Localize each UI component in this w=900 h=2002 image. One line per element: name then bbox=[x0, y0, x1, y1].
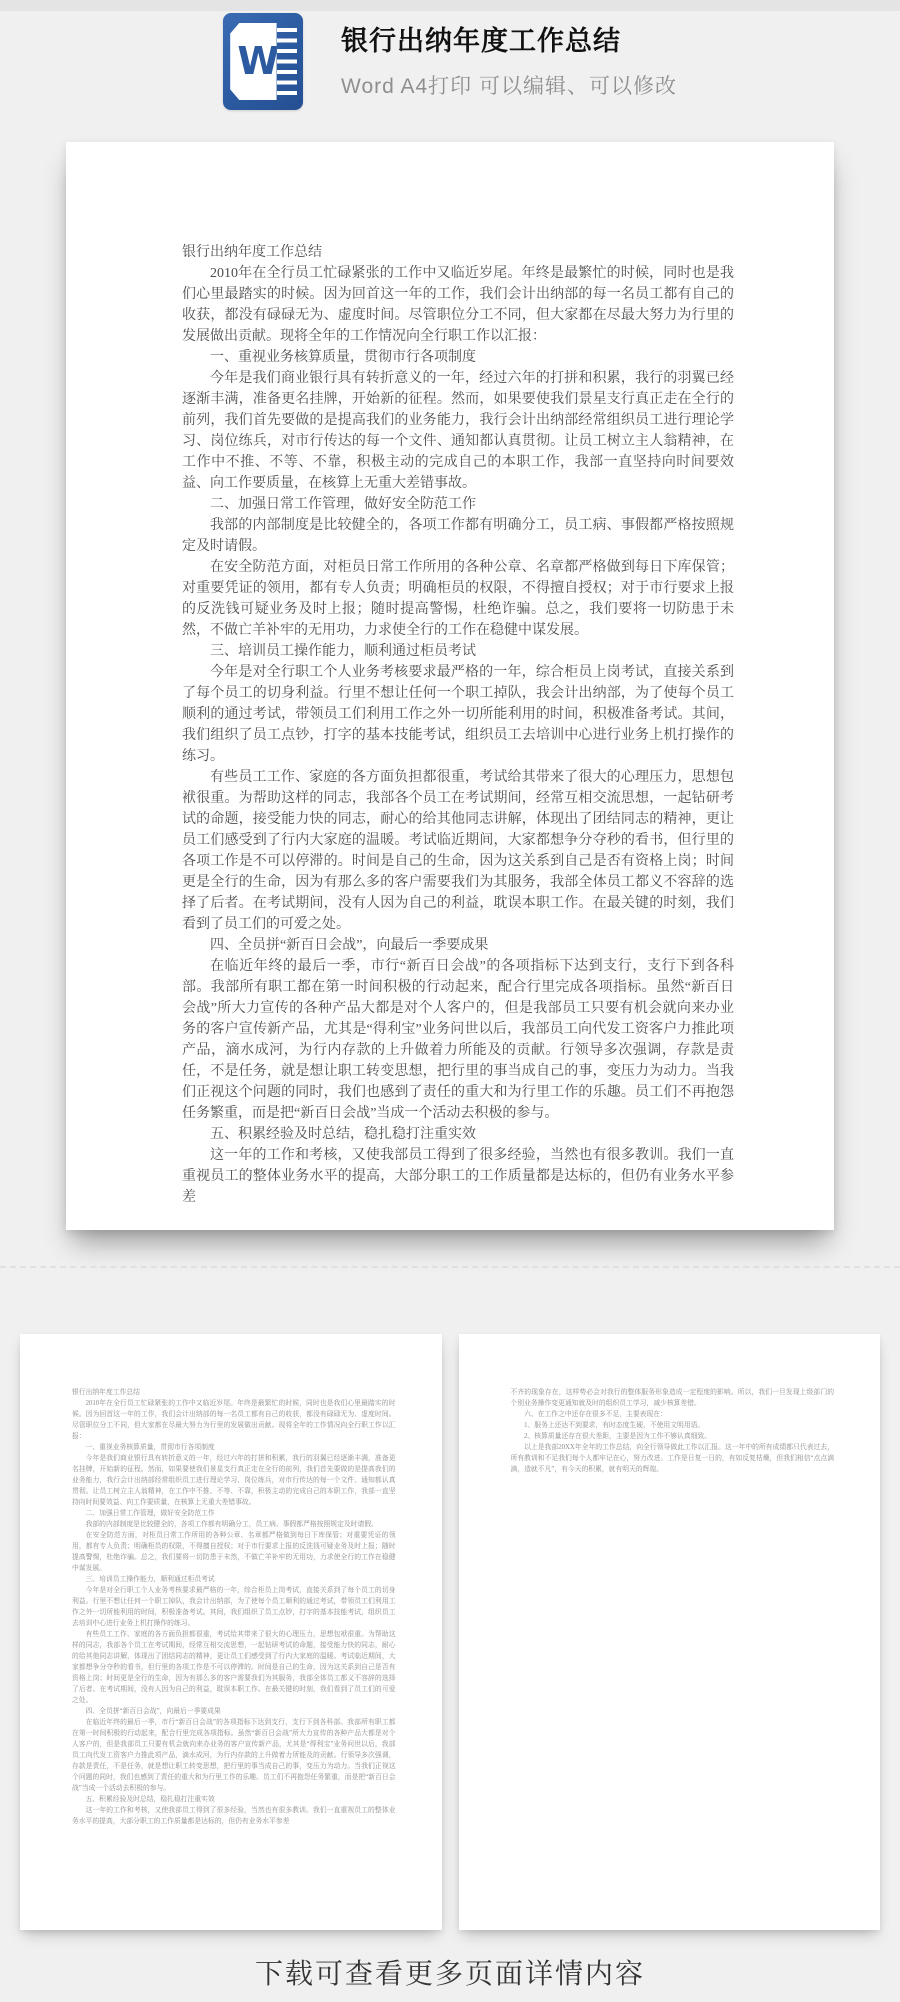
document-format-info: Word A4打印 可以编辑、可以修改 bbox=[341, 70, 677, 100]
page-title: 银行出纳年度工作总结 bbox=[341, 25, 677, 59]
doc-paragraph: 我部的内部制度是比较健全的，各项工作都有明确分工，员工病、事假都严格按照规定及时… bbox=[72, 1519, 396, 1530]
doc-paragraph: 一、重视业务核算质量，贯彻市行各项制度 bbox=[72, 1442, 396, 1453]
doc-paragraph: 2、核算质量还存在很大差距，主要是因为工作不够认真细致。 bbox=[511, 1431, 835, 1442]
doc-paragraph: 以上是我部20XX年全年的工作总结，向全行领导做此工作以汇报。这一年中的所有成绩… bbox=[511, 1442, 835, 1475]
doc-paragraph: 在临近年终的最后一季，市行“新百日会战”的各项指标下达到支行，支行下到各科部。我… bbox=[72, 1717, 396, 1794]
document-header: W 银行出纳年度工作总结 Word A4打印 可以编辑、可以修改 bbox=[0, 13, 900, 113]
doc-paragraph: 二、加强日常工作管理，做好安全防范工作 bbox=[182, 494, 734, 515]
download-hint-text: 下载可查看更多页面详情内容 bbox=[0, 1952, 900, 1992]
doc-paragraph: 银行出纳年度工作总结 bbox=[182, 242, 734, 263]
word-icon-letter: W bbox=[237, 42, 279, 80]
doc-paragraph: 二、加强日常工作管理，做好安全防范工作 bbox=[72, 1508, 396, 1519]
page-1-text: 银行出纳年度工作总结2010年在全行员工忙碌紧张的工作中又临近岁尾。年终是最繁忙… bbox=[182, 242, 734, 1208]
word-icon-text-lines bbox=[277, 28, 297, 96]
preview-area: 银行出纳年度工作总结2010年在全行员工忙碌紧张的工作中又临近岁尾。年终是最繁忙… bbox=[66, 142, 834, 1230]
doc-paragraph: 1、服务上还达不到要求，有时态度生硬，不使用文明用语。 bbox=[511, 1420, 835, 1431]
doc-paragraph: 五、积累经验及时总结，稳扎稳打注重实效 bbox=[72, 1794, 396, 1805]
doc-paragraph: 四、全员拼“新百日会战”，向最后一季要成果 bbox=[182, 935, 734, 956]
thumbnail-page-1-text: 银行出纳年度工作总结2010年在全行员工忙碌紧张的工作中又临近岁尾。年终是最繁忙… bbox=[72, 1387, 396, 1827]
doc-paragraph: 今年是我们商业银行具有转折意义的一年，经过六年的打拼和积累，我行的羽翼已经逐渐丰… bbox=[72, 1453, 396, 1508]
doc-paragraph: 2010年在全行员工忙碌紧张的工作中又临近岁尾。年终是最繁忙的时候，同时也是我们… bbox=[72, 1398, 396, 1442]
doc-paragraph: 三、培训员工操作能力，顺利通过柜员考试 bbox=[72, 1574, 396, 1585]
top-border bbox=[0, 0, 900, 11]
doc-paragraph: 六、在工作之中还存在很多不足，主要表现在： bbox=[511, 1409, 835, 1420]
doc-paragraph: 有些员工工作、家庭的各方面负担都很重，考试给其带来了很大的心理压力，思想包袱很重… bbox=[182, 767, 734, 935]
doc-paragraph: 银行出纳年度工作总结 bbox=[72, 1387, 396, 1398]
thumbnail-page-2-text: 不齐的现象存在，这样势必会对我行的整体服务形象造成一定程度的影响。所以，我们一旦… bbox=[511, 1387, 835, 1475]
doc-paragraph: 在安全防范方面，对柜员日常工作所用的各种公章、名章都严格做到每日下库保管；对重要… bbox=[182, 557, 734, 641]
word-icon-page: W bbox=[230, 23, 276, 101]
doc-paragraph: 今年是我们商业银行具有转折意义的一年，经过六年的打拼和积累，我行的羽翼已经逐渐丰… bbox=[182, 368, 734, 494]
thumbnail-row: 银行出纳年度工作总结2010年在全行员工忙碌紧张的工作中又临近岁尾。年终是最繁忙… bbox=[0, 1334, 900, 1930]
thumbnail-page-2[interactable]: 不齐的现象存在，这样势必会对我行的整体服务形象造成一定程度的影响。所以，我们一旦… bbox=[459, 1334, 881, 1930]
doc-paragraph: 一、重视业务核算质量，贯彻市行各项制度 bbox=[182, 347, 734, 368]
doc-paragraph: 四、全员拼“新百日会战”，向最后一季要成果 bbox=[72, 1706, 396, 1717]
document-preview-page-1[interactable]: 银行出纳年度工作总结2010年在全行员工忙碌紧张的工作中又临近岁尾。年终是最繁忙… bbox=[66, 142, 834, 1230]
doc-paragraph: 在临近年终的最后一季，市行“新百日会战”的各项指标下达到支行，支行下到各科部。我… bbox=[182, 956, 734, 1124]
doc-paragraph: 2010年在全行员工忙碌紧张的工作中又临近岁尾。年终是最繁忙的时候，同时也是我们… bbox=[182, 263, 734, 347]
doc-paragraph: 五、积累经验及时总结，稳扎稳打注重实效 bbox=[182, 1124, 734, 1145]
doc-paragraph: 今年是对全行职工个人业务考核要求最严格的一年，综合柜员上岗考试，直接关系到了每个… bbox=[182, 662, 734, 767]
section-divider bbox=[0, 1266, 900, 1268]
thumbnail-page-1[interactable]: 银行出纳年度工作总结2010年在全行员工忙碌紧张的工作中又临近岁尾。年终是最繁忙… bbox=[20, 1334, 442, 1930]
doc-paragraph: 三、培训员工操作能力，顺利通过柜员考试 bbox=[182, 641, 734, 662]
word-file-icon: W bbox=[223, 13, 303, 110]
doc-paragraph: 在安全防范方面，对柜员日常工作所用的各种公章、名章都严格做到每日下库保管；对重要… bbox=[72, 1530, 396, 1574]
header-text: 银行出纳年度工作总结 Word A4打印 可以编辑、可以修改 bbox=[341, 13, 677, 100]
doc-paragraph: 有些员工工作、家庭的各方面负担都很重，考试给其带来了很大的心理压力，思想包袱很重… bbox=[72, 1629, 396, 1706]
doc-paragraph: 这一年的工作和考核，又使我部员工得到了很多经验，当然也有很多教训。我们一直重视员… bbox=[182, 1145, 734, 1208]
doc-paragraph: 今年是对全行职工个人业务考核要求最严格的一年，综合柜员上岗考试，直接关系到了每个… bbox=[72, 1585, 396, 1629]
doc-paragraph: 不齐的现象存在，这样势必会对我行的整体服务形象造成一定程度的影响。所以，我们一旦… bbox=[511, 1387, 835, 1409]
doc-paragraph: 这一年的工作和考核，又使我部员工得到了很多经验，当然也有很多教训。我们一直重视员… bbox=[72, 1805, 396, 1827]
doc-paragraph: 我部的内部制度是比较健全的，各项工作都有明确分工，员工病、事假都严格按照规定及时… bbox=[182, 515, 734, 557]
